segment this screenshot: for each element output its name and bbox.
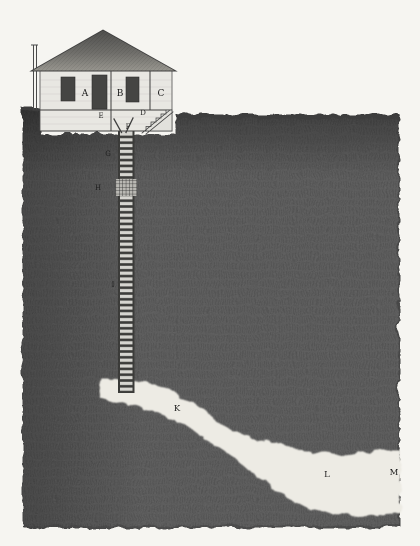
label-basement-e: E [98, 112, 103, 120]
engraving-canvas: A B C E D F G H I K L M [0, 0, 420, 546]
plate-bottom-border [21, 525, 398, 527]
window-right [126, 77, 139, 102]
roof-shingle-hatch [31, 30, 176, 71]
ladder-rail-right [133, 131, 135, 393]
shaft-mesh-grid [116, 179, 138, 196]
chimney-pipe [32, 45, 38, 109]
grass-edge-left [21, 103, 42, 110]
label-room-c: C [158, 89, 165, 99]
label-room-b: B [117, 89, 124, 99]
ladder-rungs [120, 134, 133, 393]
engraving-plate: A B C E D F G H I K L M [0, 0, 420, 546]
grass-edge-right [172, 110, 398, 117]
front-door [92, 75, 107, 109]
label-cave-k: K [174, 404, 181, 414]
label-cave-m: M [390, 468, 399, 478]
label-shaft-g: G [105, 150, 111, 158]
label-stairs-d: D [140, 109, 146, 117]
window-left [61, 77, 75, 101]
label-shaft-i: I [112, 281, 115, 289]
label-funnel-f: F [126, 123, 131, 131]
label-room-a: A [81, 89, 89, 99]
label-cave-l: L [324, 470, 330, 480]
mine-shaft [116, 131, 138, 393]
label-shaft-h: H [95, 184, 101, 192]
ladder-rail-left [118, 131, 120, 393]
